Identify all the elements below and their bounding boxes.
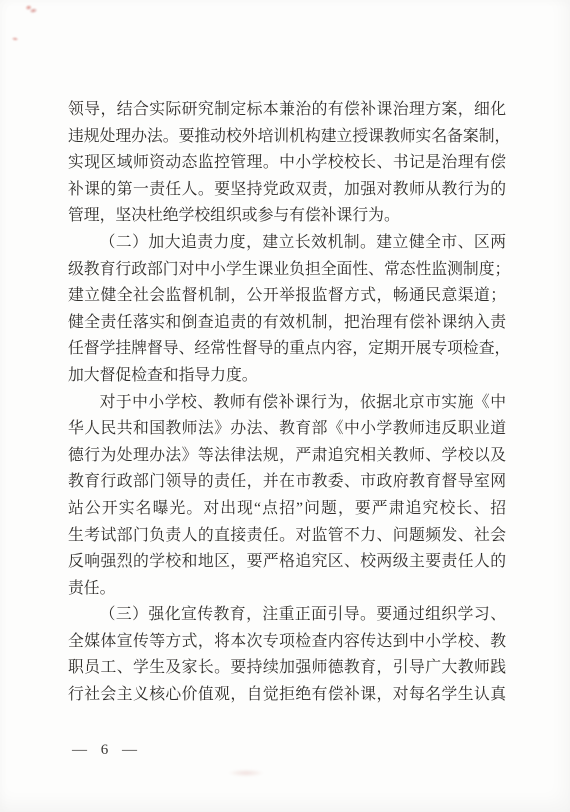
text-line: 职员工、学生及家长。要持续加强师德教育，引导广大教师践 bbox=[68, 655, 506, 682]
text-line: 级教育行政部门对中小学生课业负担全面性、常态性监测制度； bbox=[68, 257, 506, 284]
text-line: 生考试部门负责人的直接责任。对监管不力、问题频发、社会 bbox=[68, 523, 506, 550]
text-line: 实现区域师资动态监控管理。中小学校校长、书记是治理有偿 bbox=[68, 150, 506, 177]
text-line: 行社会主义核心价值观，自觉拒绝有偿补课，对每名学生认真 bbox=[68, 682, 506, 709]
text-line: 责任。 bbox=[68, 576, 506, 603]
text-line: 任督学挂牌督导、经常性督导的重点内容，定期开展专项检查， bbox=[68, 336, 506, 363]
text-line: 补课的第一责任人。要坚持党政双责，加强对教师从教行为的 bbox=[68, 177, 506, 204]
text-line: 德行为处理办法》等法律法规，严肃追究相关教师、学校以及 bbox=[68, 443, 506, 470]
text-line: 站公开实名曝光。对出现“点招”问题，要严肃追究校长、招 bbox=[68, 496, 506, 523]
scanned-page: 领导，结合实际研究制定标本兼治的有偿补课治理方案，细化违规处理办法。要推动校外培… bbox=[0, 0, 570, 812]
red-pen-mark-icon bbox=[9, 34, 21, 44]
text-line: 领导，结合实际研究制定标本兼治的有偿补课治理方案，细化 bbox=[68, 97, 506, 124]
text-line: （二）加大追责力度，建立长效机制。建立健全市、区两 bbox=[68, 230, 506, 257]
text-line: 管理，坚决杜绝学校组织或参与有偿补课行为。 bbox=[68, 203, 506, 230]
text-line: 教育行政部门领导的责任，并在市教委、市政府教育督导室网 bbox=[68, 469, 506, 496]
text-line: 全媒体宣传等方式，将本次专项检查内容传达到中小学校、教 bbox=[68, 629, 506, 656]
text-line: 反响强烈的学校和地区，要严格追究区、校两级主要责任人的 bbox=[68, 549, 506, 576]
page-number: — 6 — bbox=[72, 742, 142, 759]
red-pen-mark-icon bbox=[24, 2, 39, 16]
text-line: 加大督促检查和指导力度。 bbox=[68, 363, 506, 390]
text-line: （三）强化宣传教育，注重正面引导。要通过组织学习、 bbox=[68, 602, 506, 629]
text-line: 对于中小学校、教师有偿补课行为，依据北京市实施《中 bbox=[68, 390, 506, 417]
text-line: 违规处理办法。要推动校外培训机构建立授课教师实名备案制， bbox=[68, 124, 506, 151]
scan-smudge bbox=[222, 768, 270, 779]
text-line: 健全责任落实和倒查追责的有效机制，把治理有偿补课纳入责 bbox=[68, 310, 506, 337]
text-line: 华人民共和国教师法》办法、教育部《中小学教师违反职业道 bbox=[68, 416, 506, 443]
text-line: 建立健全社会监督机制，公开举报监督方式，畅通民意渠道； bbox=[68, 283, 506, 310]
document-text: 领导，结合实际研究制定标本兼治的有偿补课治理方案，细化违规处理办法。要推动校外培… bbox=[68, 97, 506, 709]
